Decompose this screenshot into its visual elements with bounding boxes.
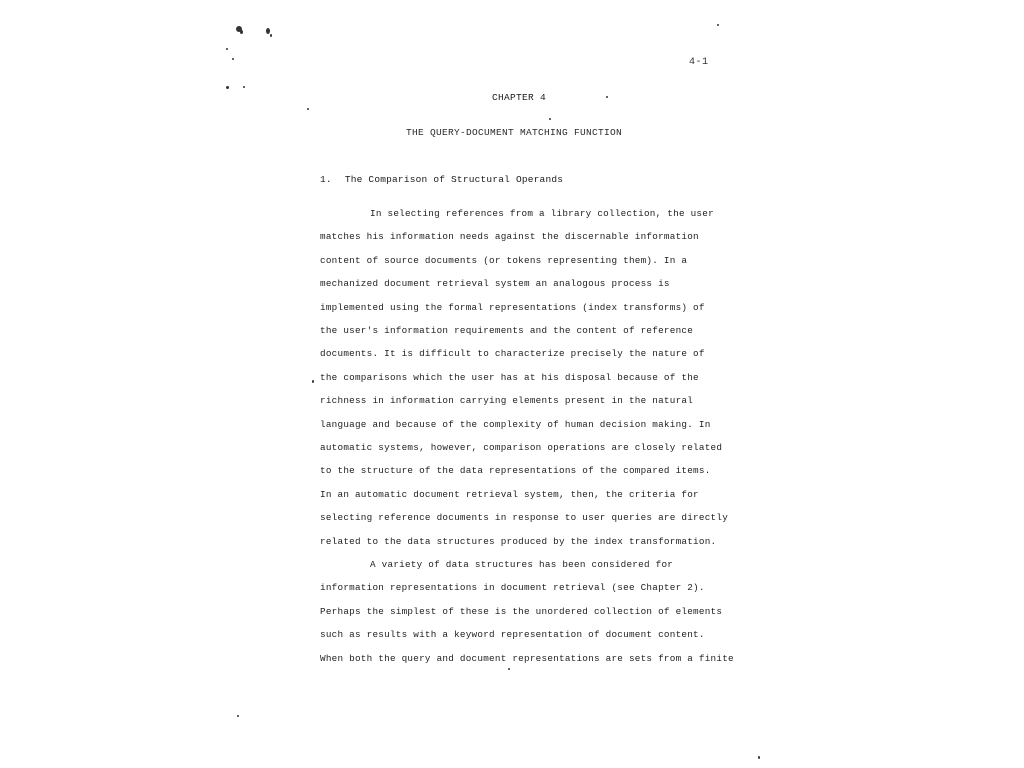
text-line: When both the query and document represe… [320, 653, 734, 664]
text-line: information representations in document … [320, 582, 705, 593]
text-line: language and because of the complexity o… [320, 419, 711, 430]
section-number: 1. [320, 174, 332, 185]
text-line: automatic systems, however, comparison o… [320, 442, 722, 453]
text-line: matches his information needs against th… [320, 231, 699, 242]
text-line: the comparisons which the user has at hi… [320, 372, 699, 383]
text-line: implemented using the formal representat… [320, 302, 705, 313]
chapter-title: THE QUERY-DOCUMENT MATCHING FUNCTION [0, 127, 1024, 138]
text-line: In selecting references from a library c… [370, 208, 714, 219]
text-line: documents. It is difficult to characteri… [320, 348, 705, 359]
text-line: mechanized document retrieval system an … [320, 278, 670, 289]
text-line: content of source documents (or tokens r… [320, 255, 687, 266]
section-heading: 1.The Comparison of Structural Operands [320, 174, 563, 185]
scanned-document-page: 4-1 CHAPTER 4 THE QUERY-DOCUMENT MATCHIN… [0, 0, 1024, 768]
text-line: such as results with a keyword represent… [320, 629, 705, 640]
text-line: Perhaps the simplest of these is the uno… [320, 606, 722, 617]
chapter-label: CHAPTER 4 [0, 92, 1024, 103]
section-title: The Comparison of Structural Operands [345, 174, 563, 185]
text-line: In an automatic document retrieval syste… [320, 489, 699, 500]
text-line: richness in information carrying element… [320, 395, 693, 406]
page-number: 4-1 [689, 57, 709, 68]
text-line: A variety of data structures has been co… [370, 559, 673, 570]
text-line: related to the data structures produced … [320, 536, 716, 547]
text-line: to the structure of the data representat… [320, 465, 711, 476]
text-line: selecting reference documents in respons… [320, 512, 728, 523]
text-line: the user's information requirements and … [320, 325, 693, 336]
